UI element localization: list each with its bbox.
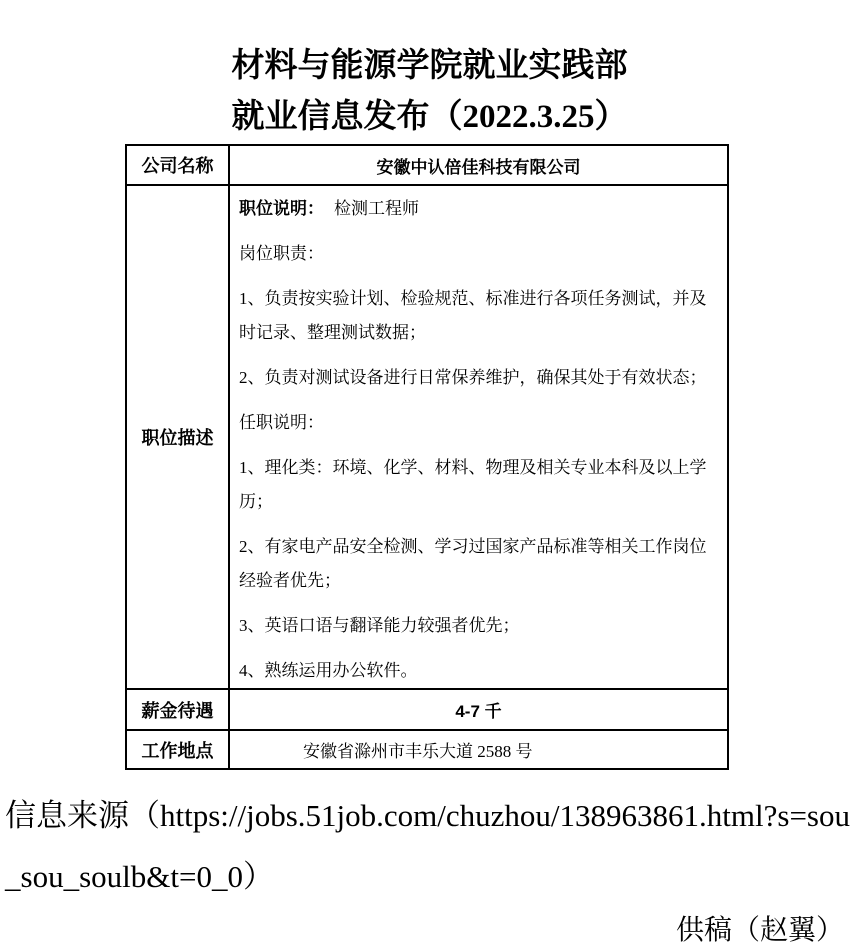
company-name-value: 安徽中认倍佳科技有限公司 (229, 145, 728, 185)
document-page: 材料与能源学院就业实践部 就业信息发布（2022.3.25） 公司名称 安徽中认… (0, 0, 859, 949)
duty-item-1: 1、负责按实验计划、检验规范、标准进行各项任务测试，并及时记录、整理测试数据； (239, 282, 719, 350)
job-description-row: 职位描述 职位说明：检测工程师 岗位职责： 1、负责按实验计划、检验规范、标准进… (126, 185, 728, 689)
title-line-1: 材料与能源学院就业实践部 (0, 41, 859, 92)
page-title: 材料与能源学院就业实践部 就业信息发布（2022.3.25） (0, 0, 859, 143)
requirement-item-1: 1、理化类：环境、化学、材料、物理及相关专业本科及以上学历； (239, 451, 719, 519)
info-source-text: 信息来源（https://jobs.51job.com/chuzhou/1389… (5, 785, 855, 907)
position-title-line: 职位说明：检测工程师 (239, 192, 719, 226)
position-title-label: 职位说明： (239, 199, 324, 218)
title-line-2: 就业信息发布（2022.3.25） (0, 92, 859, 143)
salary-row: 薪金待遇 4-7 千 (126, 689, 728, 730)
requirement-item-2: 2、有家电产品安全检测、学习过国家产品标准等相关工作岗位经验者优先； (239, 530, 719, 598)
company-row: 公司名称 安徽中认倍佳科技有限公司 (126, 145, 728, 185)
job-info-table: 公司名称 安徽中认倍佳科技有限公司 职位描述 职位说明：检测工程师 岗位职责： … (125, 144, 729, 770)
duty-item-2: 2、负责对测试设备进行日常保养维护，确保其处于有效状态； (239, 361, 719, 395)
location-label: 工作地点 (126, 730, 229, 769)
job-description-label: 职位描述 (126, 185, 229, 689)
position-title-value: 检测工程师 (334, 199, 419, 218)
location-row: 工作地点 安徽省滁州市丰乐大道 2588 号 (126, 730, 728, 769)
duties-header: 岗位职责： (239, 237, 719, 271)
salary-value: 4-7 千 (229, 689, 728, 730)
requirement-item-4: 4、熟练运用办公软件。 (239, 654, 719, 688)
requirement-item-3: 3、英语口语与翻译能力较强者优先； (239, 609, 719, 643)
job-description-content: 职位说明：检测工程师 岗位职责： 1、负责按实验计划、检验规范、标准进行各项任务… (229, 185, 728, 689)
location-value: 安徽省滁州市丰乐大道 2588 号 (229, 730, 728, 769)
salary-label: 薪金待遇 (126, 689, 229, 730)
contributor-text: 供稿（赵翼） (0, 916, 859, 946)
company-name-label: 公司名称 (126, 145, 229, 185)
requirements-header: 任职说明： (239, 406, 719, 440)
